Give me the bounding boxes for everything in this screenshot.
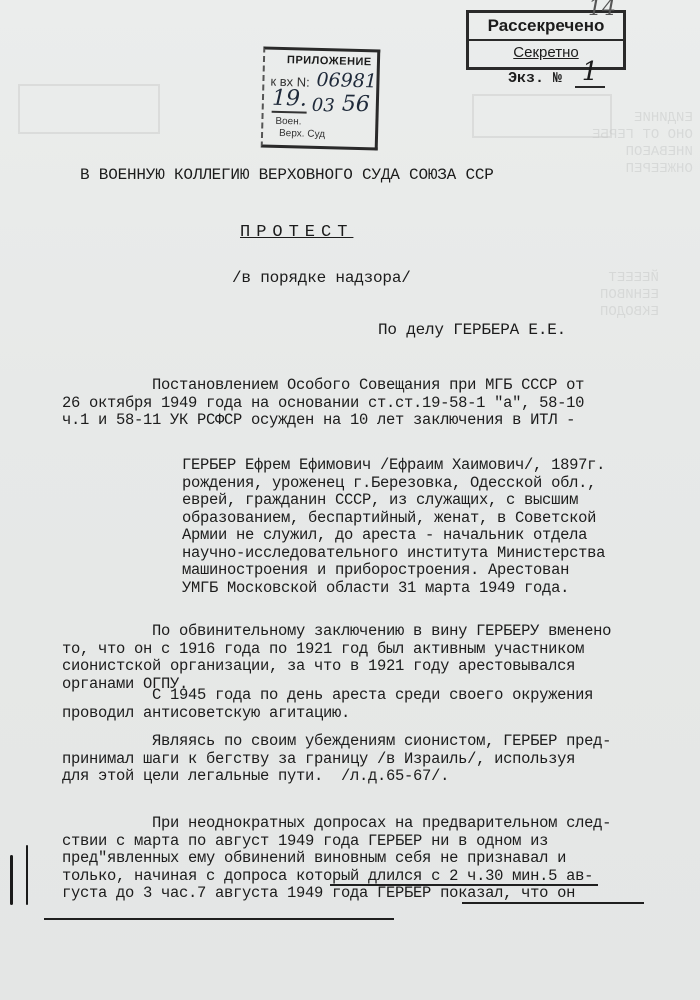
margin-mark [10, 855, 13, 905]
margin-mark [26, 845, 28, 905]
bleed-through-stamp [472, 94, 612, 138]
paragraph-indictment: По обвинительному заключению в вину ГЕРБ… [62, 623, 611, 693]
attachment-day: 19. [272, 86, 308, 114]
attachment-month: 03 [312, 95, 335, 117]
addressee: В ВОЕННУЮ КОЛЛЕГИЮ ВЕРХОВНОГО СУДА СОЮЗА… [80, 166, 494, 184]
paragraph-emigration: Являясь по своим убеждениям сионистом, Г… [62, 733, 611, 786]
attachment-stamp: ПРИЛОЖЕНИЕ к вх N: 06981 19. 03 56 Воен.… [261, 46, 381, 150]
paragraph-defendant-info: ГЕРБЕР Ефрем Ефимович /Ефраим Хаимович/,… [182, 457, 605, 597]
document-title: ПРОТЕСТ [240, 224, 353, 242]
underline-mark [44, 918, 394, 920]
document-subtitle: /в порядке надзора/ [232, 269, 411, 287]
copy-label: Экз. № [508, 70, 562, 87]
underline-mark [330, 884, 598, 886]
attachment-org-line1: Воен. [275, 116, 301, 128]
copy-number: 1 [575, 58, 605, 88]
attachment-year: 56 [342, 92, 371, 118]
underline-mark [462, 902, 644, 904]
paragraph-sentence: Постановлением Особого Совещания при МГБ… [62, 377, 584, 430]
handwritten-corner-mark: 14 [588, 0, 616, 21]
paragraph-agitation: С 1945 года по день ареста среди своего … [62, 687, 593, 722]
bleed-through-text: ЙЕЕЕЕТ ЕЕНИВОП ЕКВОДОП [600, 270, 659, 321]
attachment-stamp-title: ПРИЛОЖЕНИЕ [287, 54, 372, 68]
attachment-number: 06981 [316, 69, 377, 93]
bleed-through-stamp [18, 84, 160, 134]
attachment-org-line2: Верх. Суд [279, 128, 325, 140]
bleed-through-text: ЕИДИНИЕ ОНО ОТ ГЕРБЕ ИНЕВАЕОП ОНЖЕЕРЕП [592, 110, 693, 178]
paragraph-interrogations: При неоднократных допросах на предварите… [62, 815, 611, 903]
case-reference: По делу ГЕРБЕРА Е.Е. [378, 321, 566, 339]
